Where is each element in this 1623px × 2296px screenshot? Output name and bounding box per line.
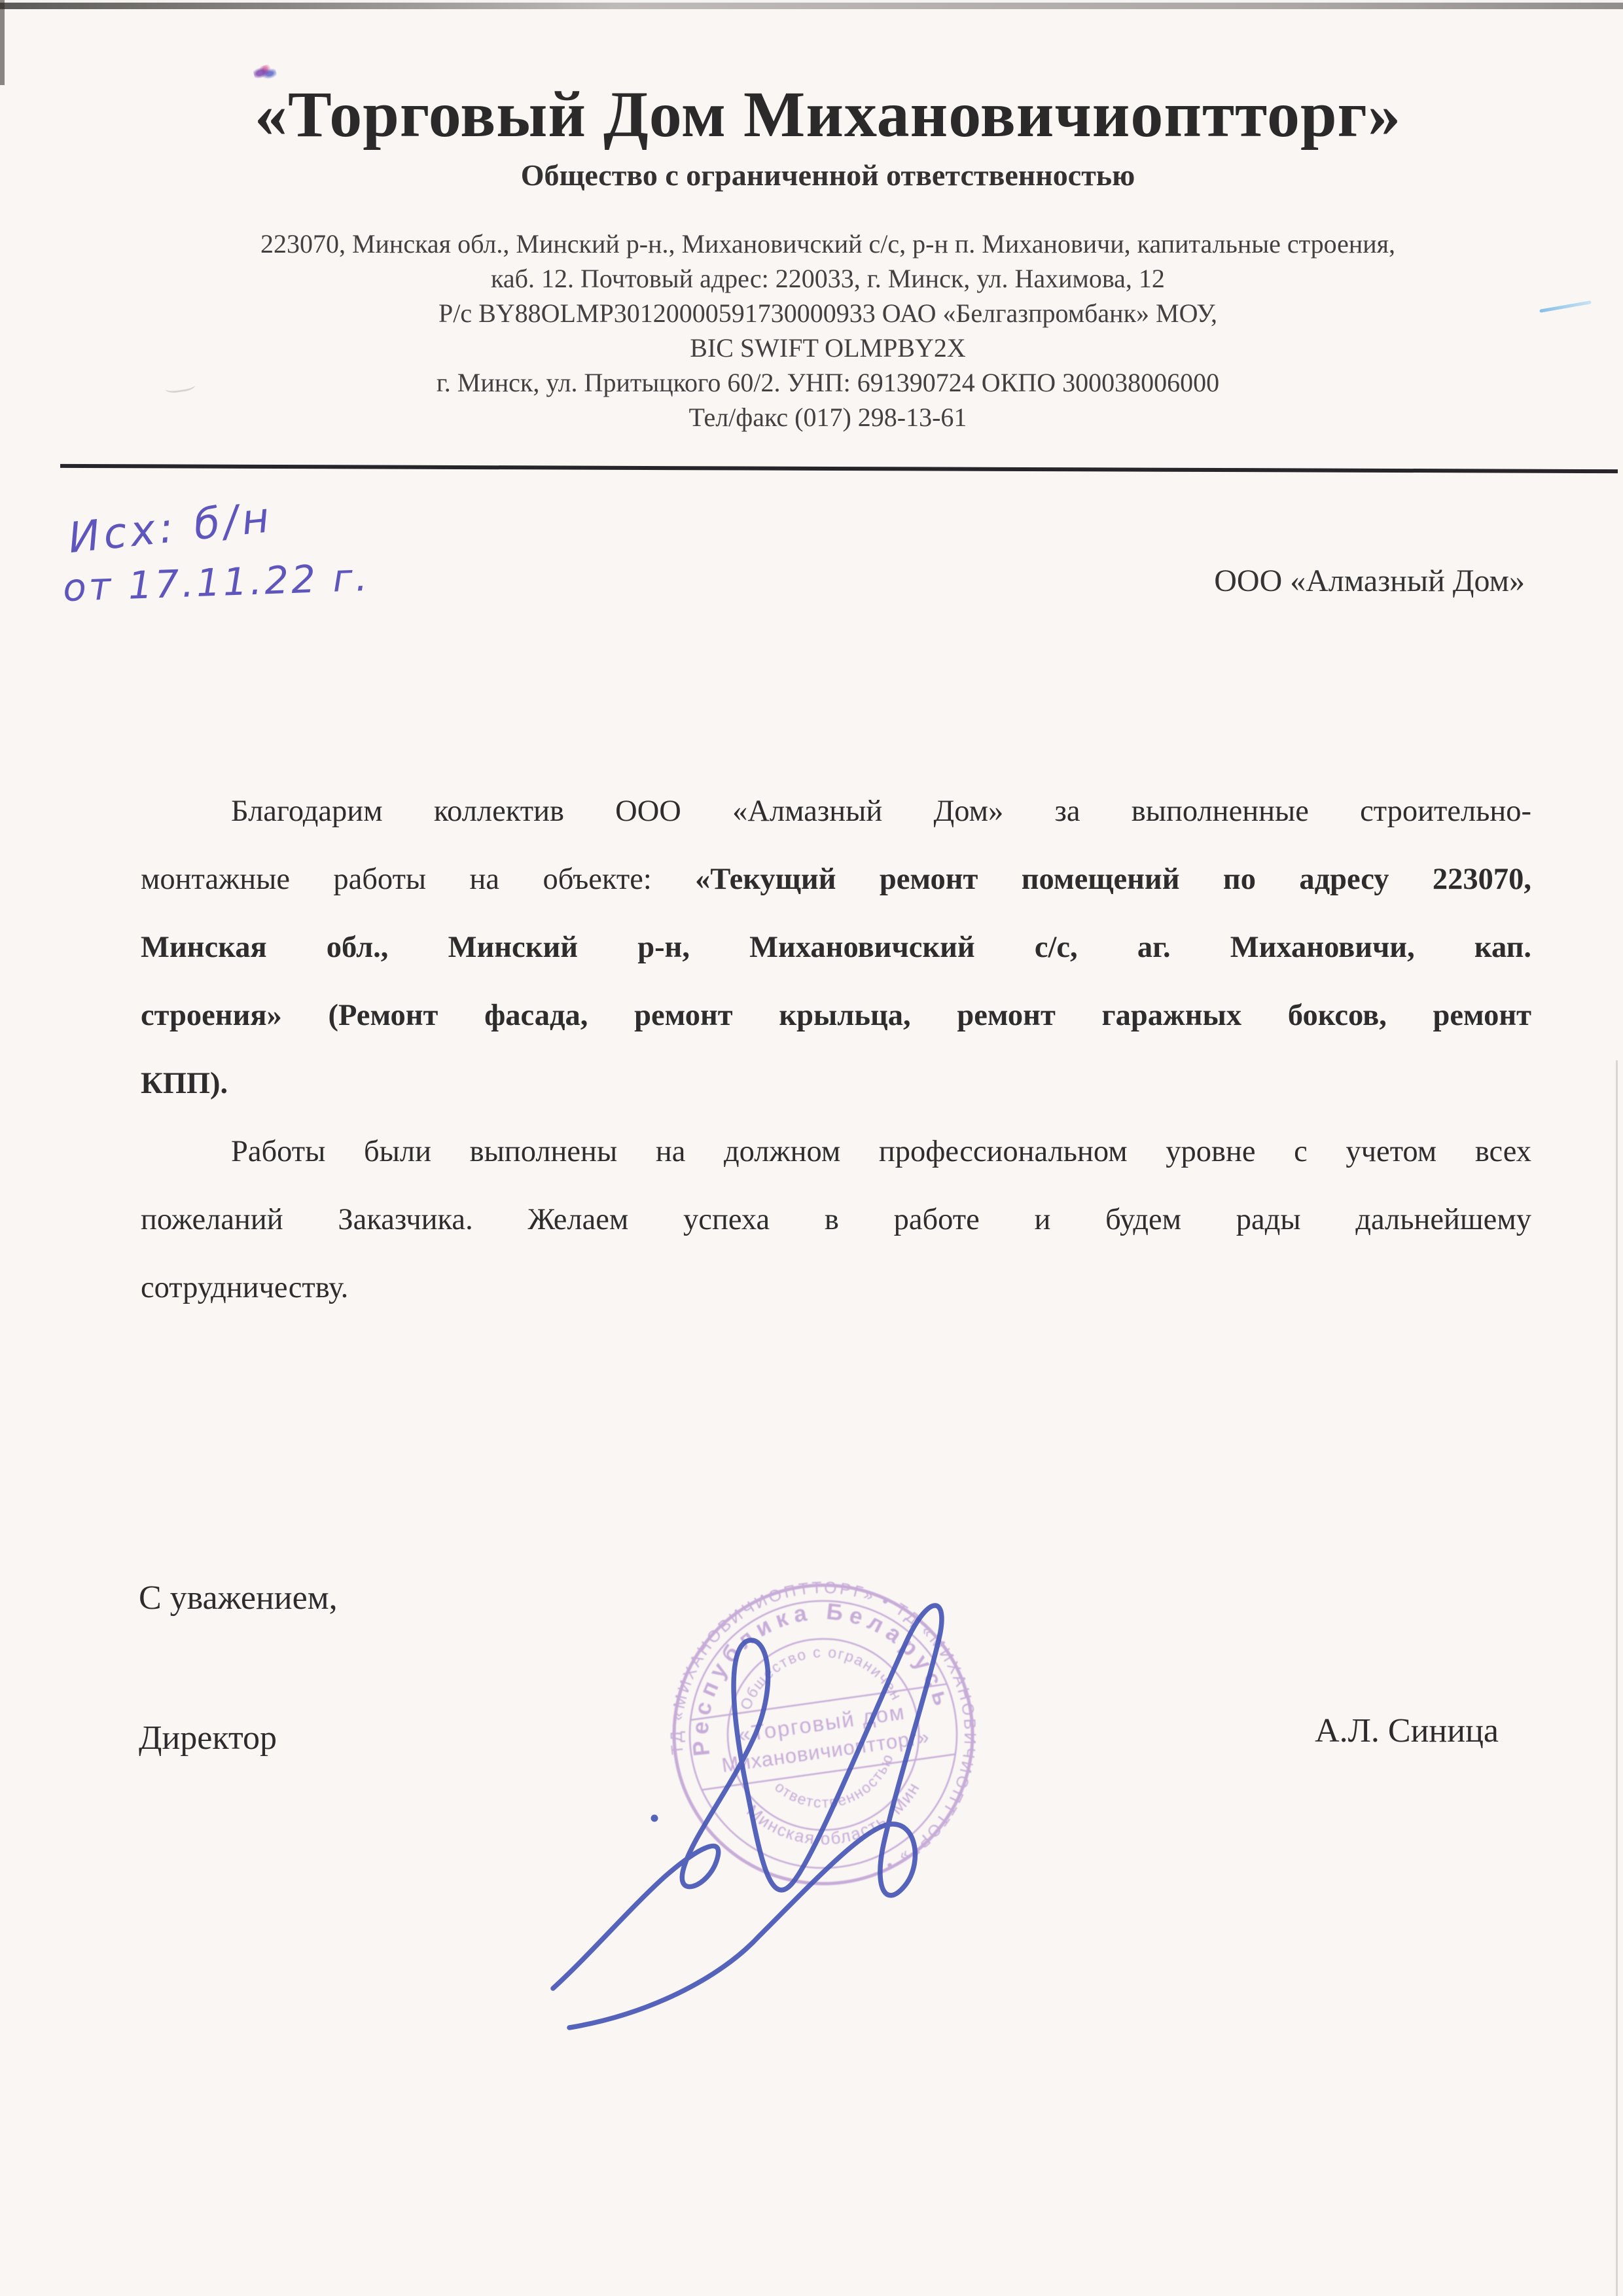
body-text-bold: «Текущий ремонт помещений по адресу 2230… — [695, 863, 1531, 896]
company-address-line: 223070, Минская обл., Минский р-н., Миха… — [98, 226, 1558, 261]
company-address-line: Тел/факс (017) 298-13-61 — [98, 400, 1558, 435]
company-address-block: 223070, Минская обл., Минский р-н., Миха… — [98, 226, 1558, 435]
closing-regards: С уважением, — [139, 1579, 338, 1617]
body-line: пожеланий Заказчика. Желаем успеха в раб… — [141, 1186, 1531, 1254]
body-line: строения» (Ремонт фасада, ремонт крыльца… — [141, 982, 1531, 1050]
body-text: пожеланий Заказчика. Желаем успеха в раб… — [141, 1203, 1531, 1236]
body-line: Благодарим коллектив ООО «Алмазный Дом» … — [141, 778, 1531, 846]
body-text: Благодарим коллектив ООО «Алмазный Дом» … — [231, 795, 1531, 828]
scan-edge-right-line — [1616, 1060, 1618, 2296]
body-line: Минская обл., Минский р-н, Михановичский… — [141, 914, 1531, 982]
body-line: монтажные работы на объекте: «Текущий ре… — [141, 846, 1531, 914]
company-legal-form: Общество с ограниченной ответственностью — [98, 158, 1558, 192]
body-text-bold: строения» (Ремонт фасада, ремонт крыльца… — [141, 999, 1531, 1032]
scan-edge-left-shadow — [0, 0, 5, 85]
body-line: Работы были выполнены на должном професс… — [141, 1118, 1531, 1186]
company-address-line: Р/с BY88OLMP30120000591730000933 ОАО «Бе… — [98, 296, 1558, 331]
letterhead: «Торговый Дом Михановичиоптторг» Обществ… — [98, 0, 1558, 435]
body-line: сотрудничеству. — [141, 1254, 1531, 1322]
company-address-line: г. Минск, ул. Притыцкого 60/2. УНП: 6913… — [98, 365, 1558, 400]
handwritten-outgoing-number: Исх: б/н — [66, 493, 276, 563]
signer-name: А.Л. Синица — [1113, 1712, 1499, 1750]
company-title: «Торговый Дом Михановичиоптторг» — [98, 80, 1558, 149]
letterhead-divider-rule — [60, 464, 1618, 473]
body-text-bold: Минская обл., Минский р-н, Михановичский… — [141, 931, 1531, 964]
body-text-bold: КПП). — [141, 1067, 228, 1100]
signature-ink-dot — [651, 1815, 658, 1822]
director-signature — [530, 1570, 988, 2041]
body-line: КПП). — [141, 1050, 1531, 1118]
company-address-line: каб. 12. Почтовый адрес: 220033, г. Минс… — [98, 261, 1558, 296]
addressee: ООО «Алмазный Дом» — [982, 563, 1525, 599]
signature-stroke — [553, 1605, 942, 2028]
company-address-line: BIC SWIFT OLMPBY2X — [98, 331, 1558, 365]
letter-body: Благодарим коллектив ООО «Алмазный Дом» … — [141, 778, 1531, 1322]
handwritten-outgoing-date: от 17.11.22 г. — [62, 555, 370, 610]
body-text: монтажные работы на объекте: — [141, 863, 695, 896]
signer-position: Директор — [139, 1719, 277, 1757]
body-text: Работы были выполнены на должном професс… — [231, 1135, 1531, 1168]
scanned-letter-page: { "letterhead": { "title": "«Торговый До… — [0, 0, 1623, 2296]
body-text: сотрудничеству. — [141, 1271, 348, 1304]
